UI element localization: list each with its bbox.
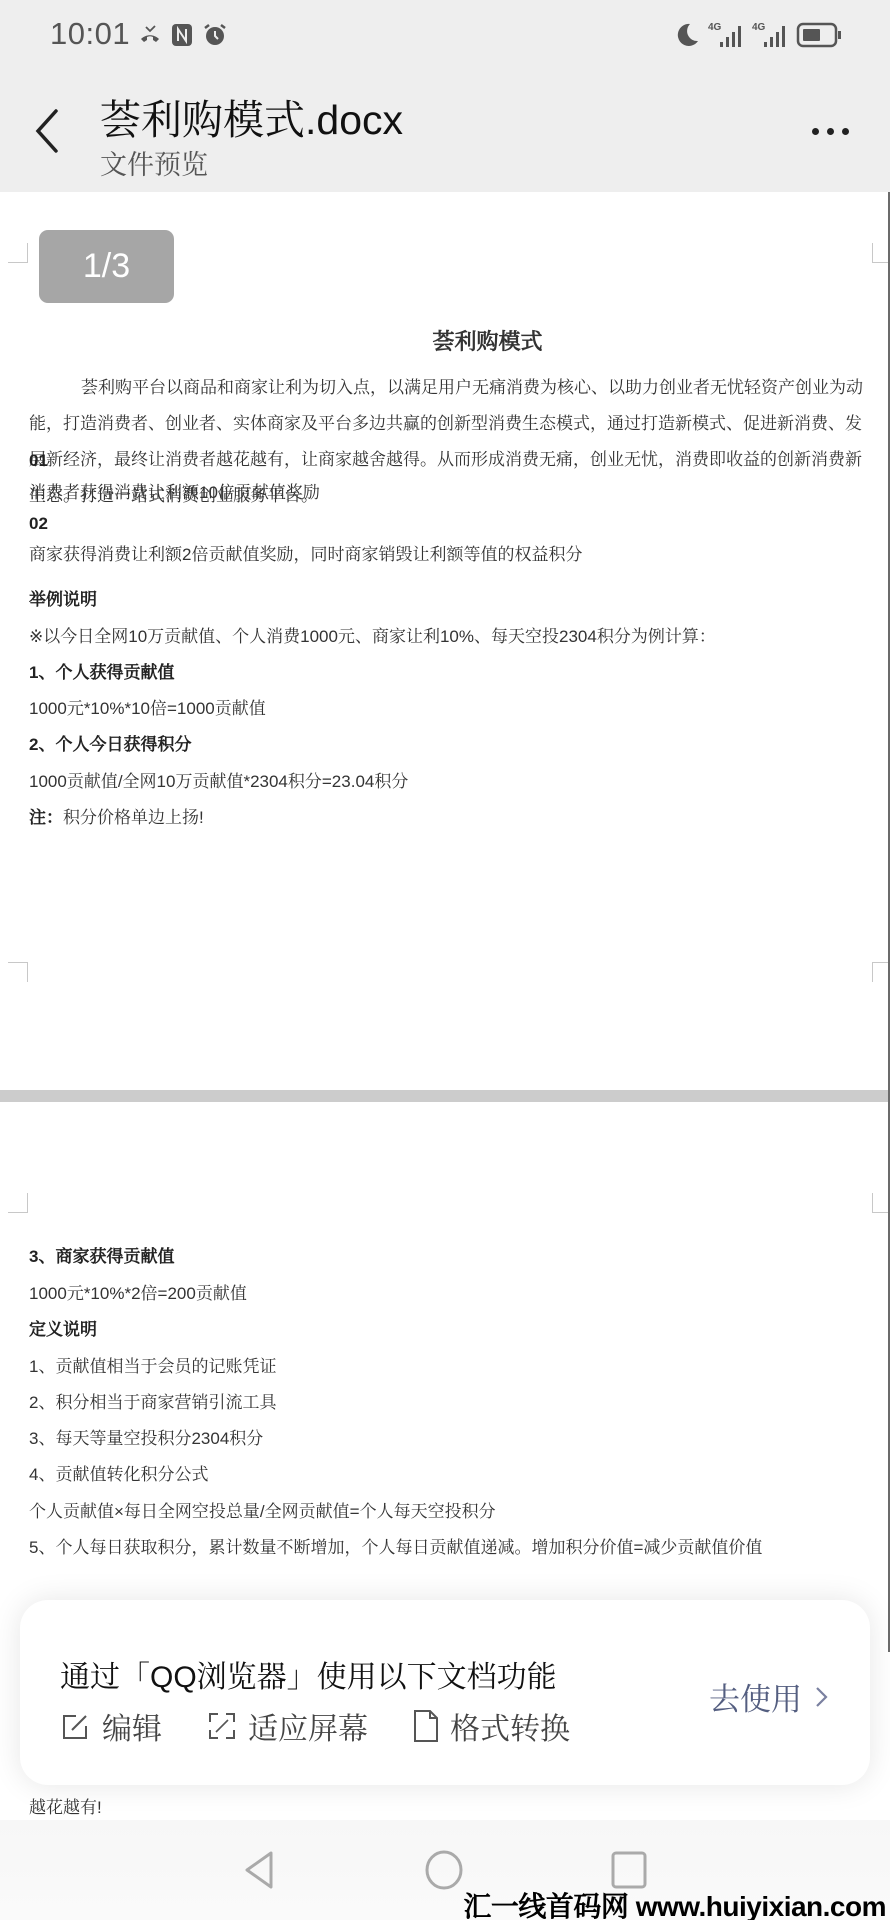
page-margin-mark xyxy=(8,962,28,982)
promo-title: 通过「QQ浏览器」使用以下文档功能 xyxy=(60,1652,557,1696)
nav-home-button[interactable] xyxy=(424,1850,464,1895)
more-options-button[interactable] xyxy=(800,113,860,149)
file-subtitle: 文件预览 xyxy=(100,143,208,182)
note-line: 注：积分价格单边上扬! xyxy=(29,808,204,828)
edit-icon xyxy=(60,1710,92,1742)
chevron-right-icon xyxy=(814,1685,828,1709)
item-text: 商家获得消费让利额2倍贡献值奖励，同时商家销毁让利额等值的权益积分 xyxy=(29,545,582,565)
page-margin-mark xyxy=(8,1193,28,1213)
recents-square-icon xyxy=(610,1850,650,1890)
page-indicator: 1/3 xyxy=(39,230,174,303)
battery-icon xyxy=(796,22,842,48)
back-button[interactable] xyxy=(28,103,68,159)
qq-browser-promo-card[interactable]: 通过「QQ浏览器」使用以下文档功能 编辑 适应屏幕 格式转换 去使用 xyxy=(20,1600,870,1785)
nav-back-button[interactable] xyxy=(242,1850,276,1895)
feature-edit[interactable]: 编辑 xyxy=(60,1704,162,1748)
definition-item: 4、贡献值转化积分公式 xyxy=(29,1465,208,1485)
note-text: 积分价格单边上扬! xyxy=(63,808,204,827)
definition-item: 3、每天等量空投积分2304积分 xyxy=(29,1429,263,1449)
page-separator xyxy=(0,1090,890,1102)
document-title: 荟利购模式 xyxy=(0,325,890,356)
home-circle-icon xyxy=(424,1850,464,1890)
definition-item: 个人贡献值×每日全网空投总量/全网贡献值=个人每天空投积分 xyxy=(29,1502,496,1522)
item-number: 01 xyxy=(29,451,48,471)
document-viewer[interactable]: 1/3 荟利购模式 荟利购平台以商品和商家让利为切入点，以满足用户无痛消费为核心… xyxy=(0,192,890,1702)
svg-text:4G: 4G xyxy=(708,22,722,33)
go-use-label: 去使用 xyxy=(709,1674,802,1719)
status-right-icons: 4G 4G xyxy=(674,20,842,50)
calc-formula: 1000元*10%*10倍=1000贡献值 xyxy=(29,699,266,719)
chevron-left-icon xyxy=(28,103,68,159)
app-bar: 荟利购模式.docx 文件预览 xyxy=(0,75,890,192)
example-premise: ※以今日全网10万贡献值、个人消费1000元、商家让利10%、每天空投2304积… xyxy=(29,627,716,647)
item-number: 02 xyxy=(29,514,48,534)
section-heading: 举例说明 xyxy=(29,590,97,610)
calc-formula: 1000贡献值/全网10万贡献值*2304积分=23.04积分 xyxy=(29,772,408,792)
more-horizontal-icon xyxy=(812,128,819,135)
calc-heading: 3、商家获得贡献值 xyxy=(29,1247,174,1267)
watermark: 汇一线首码网 www.huiyixian.com xyxy=(463,1885,886,1920)
document-trailing-text: 越花越有! xyxy=(29,1793,102,1818)
feature-edit-label: 编辑 xyxy=(102,1704,162,1748)
item-text: 消费者获得消费让利额10倍贡献值奖励 xyxy=(29,483,320,503)
do-not-disturb-moon-icon xyxy=(674,21,700,49)
file-convert-icon xyxy=(412,1709,440,1743)
page-margin-mark xyxy=(8,243,28,263)
calc-heading: 2、个人今日获得积分 xyxy=(29,735,191,755)
definition-item: 1、贡献值相当于会员的记账凭证 xyxy=(29,1357,276,1377)
feature-fit-screen[interactable]: 适应屏幕 xyxy=(206,1704,368,1748)
signal-4g-sim1-icon: 4G xyxy=(708,20,744,50)
status-bar: 10:01 4G 4G xyxy=(0,0,890,75)
signal-4g-sim2-icon: 4G xyxy=(752,20,788,50)
status-left-icons xyxy=(138,22,228,48)
feature-format-convert[interactable]: 格式转换 xyxy=(412,1704,570,1748)
calc-formula: 1000元*10%*2倍=200贡献值 xyxy=(29,1284,247,1304)
definition-item: 2、积分相当于商家营销引流工具 xyxy=(29,1393,276,1413)
go-use-button[interactable]: 去使用 xyxy=(709,1674,828,1719)
back-triangle-icon xyxy=(242,1850,276,1890)
status-time: 10:01 xyxy=(50,16,130,52)
alarm-icon xyxy=(202,22,228,48)
missed-call-icon xyxy=(138,23,162,47)
feature-format-convert-label: 格式转换 xyxy=(450,1704,570,1748)
calc-heading: 1、个人获得贡献值 xyxy=(29,663,174,683)
promo-features: 编辑 适应屏幕 格式转换 xyxy=(60,1704,614,1748)
nfc-icon xyxy=(170,22,194,48)
note-label: 注： xyxy=(29,808,63,827)
definition-item: 5、个人每日获取积分，累计数量不断增加，个人每日贡献值递减。增加积分价值=减少贡… xyxy=(29,1538,762,1558)
file-title: 荟利购模式.docx xyxy=(100,87,403,146)
feature-fit-screen-label: 适应屏幕 xyxy=(248,1704,368,1748)
section-heading: 定义说明 xyxy=(29,1320,97,1340)
svg-text:4G: 4G xyxy=(752,22,766,33)
fit-screen-icon xyxy=(206,1710,238,1742)
